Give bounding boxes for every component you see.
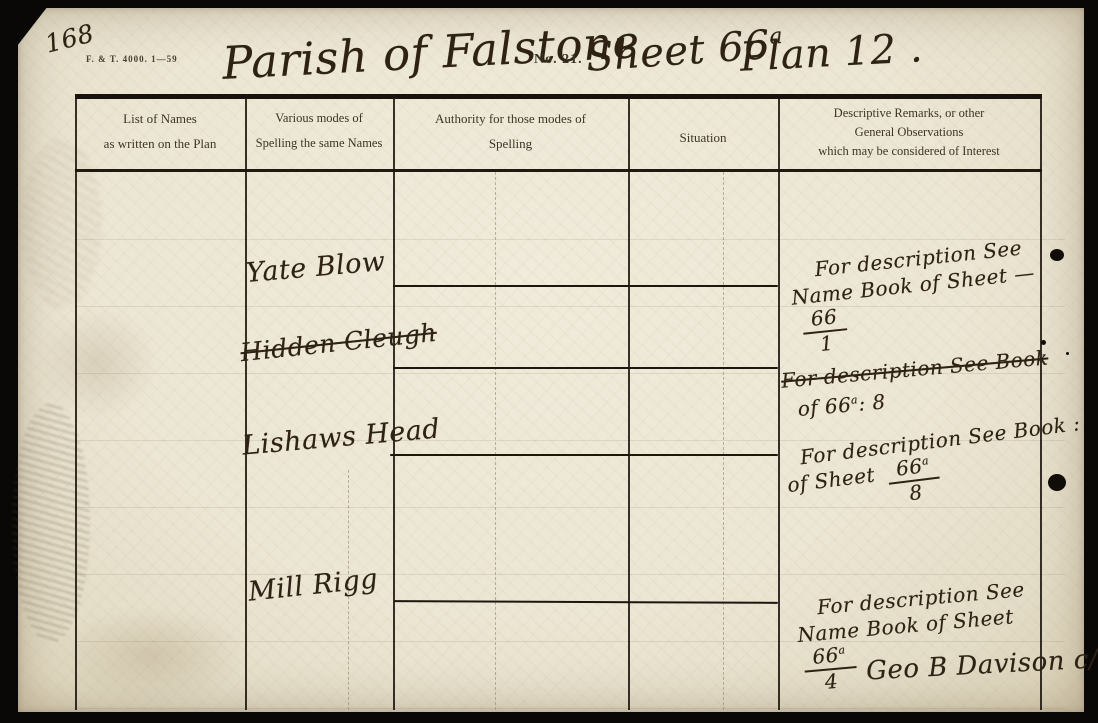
fraction-top-superscript: a [921, 454, 930, 468]
torn-corner [14, 6, 48, 50]
ink-speck [1066, 352, 1069, 355]
remark-line2-text: of 66 [797, 392, 853, 421]
stain-mid-left [38, 308, 158, 418]
form-code: F. & T. 4000. 1—59 [86, 54, 178, 64]
column-header-remarks: Descriptive Remarks, or other General Ob… [780, 104, 1038, 161]
remark-line2-suffix: : 8 [857, 389, 886, 415]
fraction-top-text: 66 [810, 304, 839, 331]
column-header-remarks-line1: Descriptive Remarks, or other [780, 104, 1038, 123]
plan-number: Plan 12 . [739, 25, 924, 81]
faint-divider-authority [495, 172, 497, 710]
sheet-fraction: 66a 8 [886, 454, 943, 507]
stain-left-upper [22, 138, 102, 308]
fraction-top-superscript: a [838, 643, 846, 657]
column-header-authority-line1: Authority for those modes of [395, 106, 626, 131]
stain-bottom-left [58, 608, 248, 703]
stain-left-streaks [12, 403, 90, 643]
table-right-border [1040, 94, 1042, 710]
header-bottom-rule [75, 169, 1042, 172]
col-divider-1 [245, 94, 247, 710]
col-divider-2 [393, 94, 395, 710]
sheet-fraction: 66a 4 [803, 643, 858, 694]
ink-blot [1050, 249, 1064, 261]
ink-speck [1041, 340, 1046, 345]
sheet-fraction: 66 1 [801, 305, 850, 357]
table-left-border [75, 94, 77, 710]
column-header-names-line1: List of Names [77, 106, 243, 131]
column-header-names: List of Names as written on the Plan [77, 106, 243, 156]
column-header-situation: Situation [630, 125, 776, 150]
faint-divider-situation [723, 172, 725, 710]
scanned-document: 168 F. & T. 4000. 1—59 Parish of Falston… [0, 0, 1098, 723]
fraction-top-text: 66 [811, 643, 839, 669]
column-header-situation-line1: Situation [630, 125, 776, 150]
column-header-remarks-line3: which may be considered of Interest [780, 142, 1038, 161]
column-header-spellings: Various modes of Spelling the same Names [246, 106, 392, 156]
fraction-bottom: 1 [803, 330, 850, 357]
fraction-top-text: 66 [895, 454, 924, 481]
column-header-authority-line2: Spelling [395, 131, 626, 156]
table-top-rule [75, 94, 1042, 99]
ink-blot [1048, 474, 1066, 491]
column-header-spellings-line1: Various modes of [246, 106, 392, 131]
fraction-bottom: 4 [805, 668, 858, 695]
column-header-authority: Authority for those modes of Spelling [395, 106, 626, 156]
col-divider-4 [778, 94, 780, 710]
form-number: No. 21. [534, 52, 583, 68]
column-header-names-line2: as written on the Plan [77, 131, 243, 156]
column-header-remarks-line2: General Observations [780, 123, 1038, 142]
col-divider-3 [628, 94, 630, 710]
column-header-spellings-line2: Spelling the same Names [246, 131, 392, 156]
